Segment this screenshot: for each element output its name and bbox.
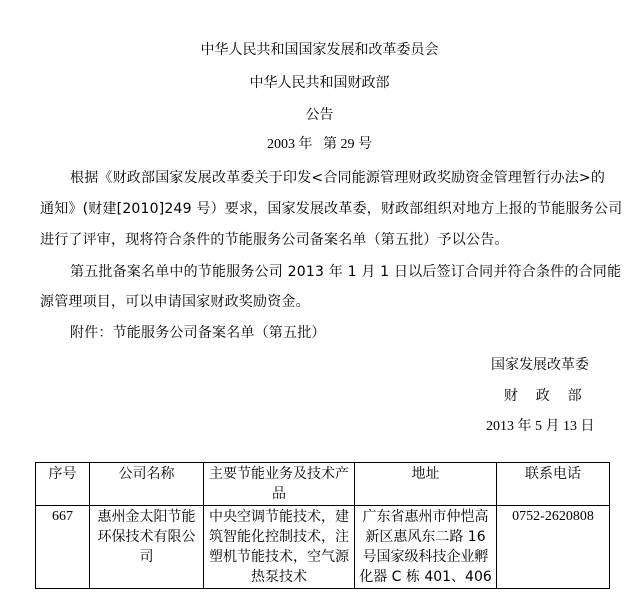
issuer-ndrc: 中华人民共和国国家发展和改革委员会 bbox=[0, 40, 639, 60]
paragraph-1-line-1: 根据《财政部国家发展改革委关于印发<合同能源管理财政奖励资金管理暂行办法>的 bbox=[70, 168, 605, 188]
signature-ndrc: 国家发展改革委 bbox=[491, 355, 589, 375]
cell-company: 惠州金太阳节能环保技术有限公司 bbox=[90, 506, 204, 589]
signature-date: 2013 年 5 月 13 日 bbox=[486, 417, 595, 437]
column-header-index: 序号 bbox=[36, 463, 90, 506]
cell-phone: 0752-2620808 bbox=[497, 506, 610, 589]
document-number: 2003 年 第 29 号 bbox=[0, 135, 639, 155]
table-header-row: 序号 公司名称 主要节能业务及技术产品 地址 联系电话 bbox=[36, 463, 610, 506]
paragraph-2-line-1: 第五批备案名单中的节能服务公司 2013 年 1 月 1 日以后签订合同并符合条… bbox=[70, 262, 621, 282]
paragraph-1-line-2: 通知》(财建[2010]249 号）要求，国家发展改革委，财政部组织对地方上报的… bbox=[40, 199, 622, 219]
column-header-company: 公司名称 bbox=[90, 463, 204, 506]
document-type-title: 公告 bbox=[0, 105, 639, 125]
column-header-business: 主要节能业务及技术产品 bbox=[204, 463, 355, 506]
attachment-note: 附件：节能服务公司备案名单（第五批） bbox=[70, 323, 326, 343]
issuer-mof: 中华人民共和国财政部 bbox=[0, 73, 639, 93]
column-header-address: 地址 bbox=[355, 463, 497, 506]
table-row: 667 惠州金太阳节能环保技术有限公司 中央空调节能技术，建筑智能化控制技术，注… bbox=[36, 506, 610, 589]
cell-index: 667 bbox=[36, 506, 90, 589]
energy-service-company-table: 序号 公司名称 主要节能业务及技术产品 地址 联系电话 667 惠州金太阳节能环… bbox=[35, 462, 610, 589]
paragraph-1-line-3: 进行了评审，现将符合条件的节能服务公司备案名单（第五批）予以公告。 bbox=[40, 230, 509, 250]
paragraph-2-line-2: 源管理项目，可以申请国家财政奖励资金。 bbox=[40, 292, 310, 312]
cell-business: 中央空调节能技术，建筑智能化控制技术，注塑机节能技术，空气源热泵技术 bbox=[204, 506, 355, 589]
column-header-phone: 联系电话 bbox=[497, 463, 610, 506]
signature-mof: 财 政 部 bbox=[504, 386, 582, 406]
cell-address: 广东省惠州市仲恺高新区惠风东二路 16 号国家级科技企业孵化器 C 栋 401、… bbox=[355, 506, 497, 589]
